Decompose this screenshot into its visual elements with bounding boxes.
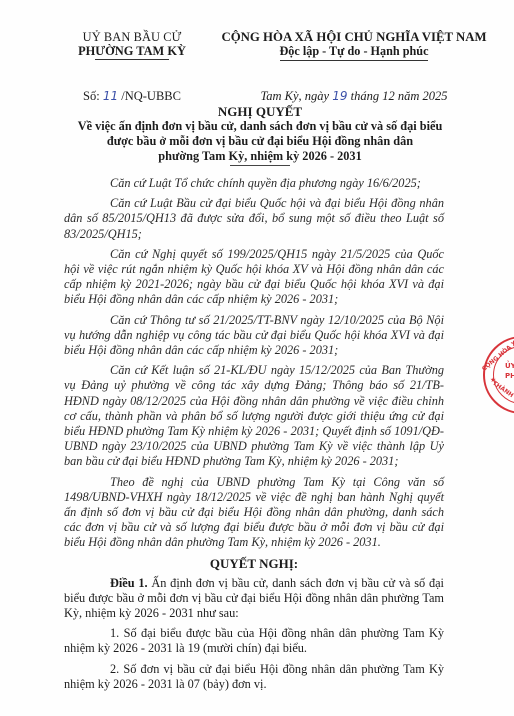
article-1-label: Điều 1. xyxy=(110,576,148,590)
motto: Độc lập - Tự do - Hạnh phúc xyxy=(204,44,504,59)
doc-number-prefix: Số: xyxy=(83,89,100,103)
stamp-center-line2: PHƯỜ xyxy=(505,372,514,380)
issuer-underline xyxy=(95,59,169,60)
preamble-paragraph: Căn cứ Kết luận số 21-KL/ĐU ngày 15/12/2… xyxy=(64,363,444,469)
doc-number-handwritten: 11 xyxy=(103,89,118,103)
issuer-line2: PHƯỜNG TAM KỲ xyxy=(62,44,202,58)
date-day-handwritten: 19 xyxy=(332,89,347,103)
preamble-paragraph: Căn cứ Thông tư số 21/2025/TT-BNV ngày 1… xyxy=(64,313,444,359)
title-main: NGHỊ QUYẾT xyxy=(40,104,480,119)
article-item: 2. Số đơn vị bầu cử đại biểu Hội đồng nh… xyxy=(64,662,444,692)
document-header: UỶ BAN BẦU CỬ PHƯỜNG TAM KỲ CỘNG HÒA XÃ … xyxy=(0,30,514,100)
title-subtitle-line3: phường Tam Kỳ, nhiệm kỳ 2026 - 2031 xyxy=(40,149,480,164)
preamble-paragraph: Căn cứ Nghị quyết số 199/2025/QH15 ngày … xyxy=(64,247,444,308)
document-number: Số: 11 /NQ-UBBC xyxy=(62,89,202,104)
national-motto-block: CỘNG HÒA XÃ HỘI CHỦ NGHĨA VIỆT NAM Độc l… xyxy=(204,30,504,61)
date-rest: tháng 12 năm 2025 xyxy=(351,89,448,103)
date-place: Tam Kỳ, ngày xyxy=(260,89,329,103)
stamp-center-line1: ỦY BA xyxy=(505,362,514,370)
title-subtitle-line2: được bầu ở mỗi đơn vị bầu cử đại biểu Hộ… xyxy=(40,134,480,149)
preamble-paragraph: Theo đề nghị của UBND phường Tam Kỳ tại … xyxy=(64,475,444,551)
preamble-paragraph: Căn cứ Luật Bầu cử đại biểu Quốc hội và … xyxy=(64,196,444,242)
article-item: 1. Số đại biểu được bầu của Hội đồng nhâ… xyxy=(64,626,444,656)
title-subtitle-line1: Về việc ấn định đơn vị bầu cử, danh sách… xyxy=(40,119,480,134)
nation-name: CỘNG HÒA XÃ HỘI CHỦ NGHĨA VIỆT NAM xyxy=(204,30,504,44)
decision-heading: QUYẾT NGHỊ: xyxy=(64,556,444,572)
resolution-title: NGHỊ QUYẾT Về việc ấn định đơn vị bầu cử… xyxy=(40,104,480,166)
article-1: Điều 1. Ấn định đơn vị bầu cử, danh sách… xyxy=(64,576,444,622)
document-body: Căn cứ Luật Tổ chức chính quyền địa phươ… xyxy=(64,176,444,697)
document-page: UỶ BAN BẦU CỬ PHƯỜNG TAM KỲ CỘNG HÒA XÃ … xyxy=(0,0,514,716)
official-red-stamp: CỘNG HÒA X ★ ỦY BA PHƯỜ THÀNH xyxy=(483,336,514,414)
preamble-paragraph: Căn cứ Luật Tổ chức chính quyền địa phươ… xyxy=(64,176,444,191)
issuer-block: UỶ BAN BẦU CỬ PHƯỜNG TAM KỲ xyxy=(62,30,202,60)
issuer-line1: UỶ BAN BẦU CỬ xyxy=(62,30,202,44)
motto-underline xyxy=(280,60,428,61)
document-date: Tam Kỳ, ngày 19 tháng 12 năm 2025 xyxy=(204,89,504,104)
doc-number-suffix: /NQ-UBBC xyxy=(121,89,181,103)
title-underline xyxy=(230,165,290,166)
